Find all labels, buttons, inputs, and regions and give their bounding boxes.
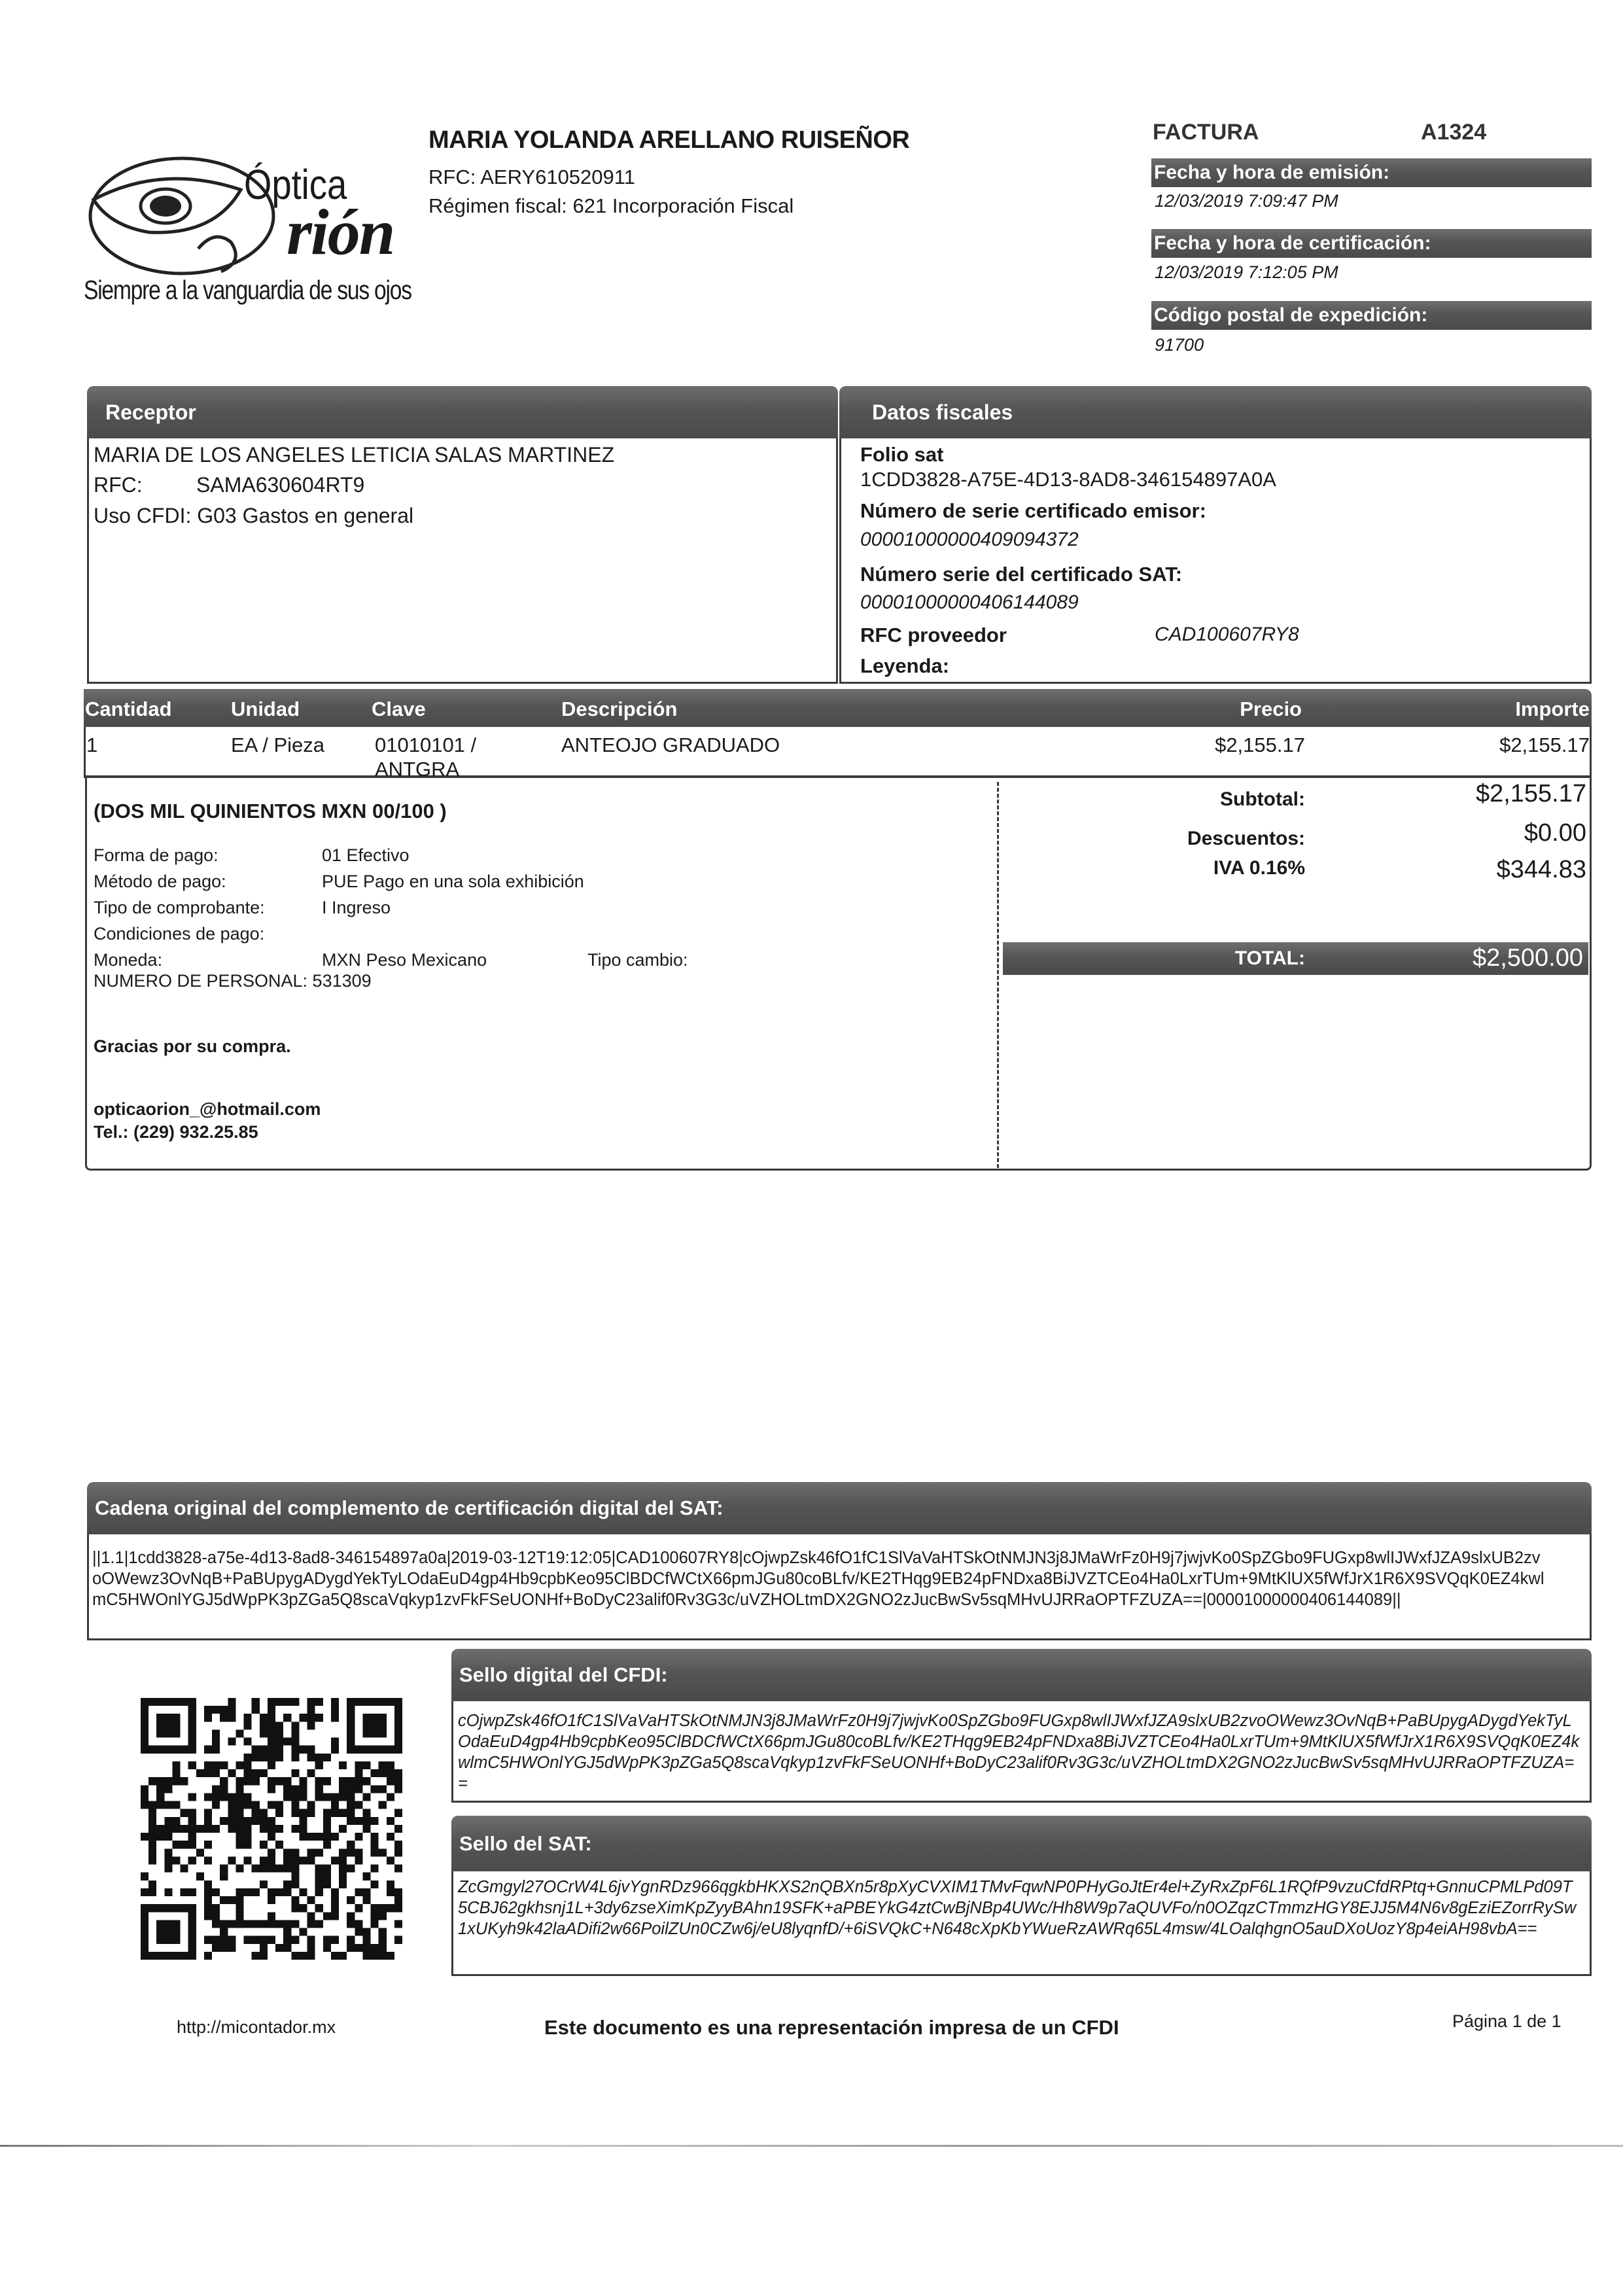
row-precio: $2,155.17 [1047,733,1305,757]
postal-code-value: 91700 [1155,335,1204,355]
items-table-header [84,689,1592,727]
row-unidad: EA / Pieza [231,733,324,757]
thank-you-note: Gracias por su compra. [94,1036,291,1057]
metodo-pago-label: Método de pago: [94,872,226,892]
receptor-rfc-label: RFC: [94,473,143,497]
postal-code-label: Código postal de expedición: [1151,301,1592,330]
col-cantidad: Cantidad [85,698,172,721]
forma-pago-label: Forma de pago: [94,845,218,866]
certification-date-value: 12/03/2019 7:12:05 PM [1155,262,1338,283]
receptor-header: Receptor [87,386,838,438]
leyenda-label: Leyenda: [860,654,949,678]
tipo-comprobante-value: I Ingreso [322,898,391,918]
row-descripcion: ANTEOJO GRADUADO [561,733,780,757]
receptor-uso-cfdi: Uso CFDI: G03 Gastos en general [94,504,413,528]
invoice-folio: A1324 [1421,120,1486,145]
contact-phone: Tel.: (229) 932.25.85 [94,1122,258,1142]
metodo-pago-value: PUE Pago en una sola exhibición [322,872,584,892]
qr-code-icon [141,1698,402,1960]
subtotal-value: $2,155.17 [1390,780,1586,808]
moneda-label: Moneda: [94,950,162,970]
row-cantidad: 1 [86,733,97,757]
amount-in-words: (DOS MIL QUINIENTOS MXN 00/100 ) [94,800,447,823]
row-clave-line1: 01010101 / [375,733,476,757]
total-label: TOTAL: [1043,947,1305,970]
numero-personal: NUMERO DE PERSONAL: 531309 [94,971,372,991]
emisor-name: MARIA YOLANDA ARELLANO RUISEÑOR [428,126,909,154]
rfc-proveedor-label: RFC proveedor [860,624,1007,647]
rfc-proveedor-value: CAD100607RY8 [1155,624,1299,646]
cadena-header: Cadena original del complemento de certi… [87,1482,1592,1534]
sello-sat-header: Sello del SAT: [451,1816,1592,1871]
row-importe: $2,155.17 [1393,733,1590,757]
contact-email: opticaorion_@hotmail.com [94,1099,321,1120]
logo-slogan: Siempre a la vanguardia de sus ojos [84,275,411,306]
descuentos-label: Descuentos: [1043,828,1305,850]
sello-sat-text: ZcGmgyl27OCrW4L6jvYgnRDz966qgkbHKXS2nQBX… [458,1877,1580,1939]
cert-emisor-label: Número de serie certificado emisor: [860,499,1206,523]
sello-cfdi-header: Sello digital del CFDI: [451,1649,1592,1701]
emission-date-label: Fecha y hora de emisión: [1151,158,1592,187]
cert-sat-label: Número serie del certificado SAT: [860,563,1182,586]
emisor-regimen: Régimen fiscal: 621 Incorporación Fiscal [428,194,794,218]
folio-sat-label: Folio sat [860,443,943,467]
cert-sat-value: 00001000000406144089 [860,592,1079,614]
total-value: $2,500.00 [1387,944,1583,972]
col-clave: Clave [372,698,426,721]
folio-sat-value: 1CDD3828-A75E-4D13-8AD8-346154897A0A [860,468,1276,491]
certification-date-label: Fecha y hora de certificación: [1151,229,1592,258]
cadena-text: ||1.1|1cdd3828-a75e-4d13-8ad8-346154897a… [92,1547,1548,1610]
col-importe: Importe [1393,698,1590,721]
col-descripcion: Descripción [561,698,677,721]
condiciones-pago-label: Condiciones de pago: [94,924,264,944]
company-logo: Óptica rión Siempre a la vanguardia de s… [84,154,424,311]
col-precio: Precio [1047,698,1302,721]
forma-pago-value: 01 Efectivo [322,845,410,866]
emission-date-value: 12/03/2019 7:09:47 PM [1155,191,1338,211]
page-number: Página 1 de 1 [1452,2011,1562,2032]
sello-cfdi-text: cOjwpZsk46fO1fC1SlVaVaHTSkOtNMJN3j8JMaWr… [458,1710,1580,1794]
logo-brand-bottom: rión [287,194,394,270]
emisor-rfc: RFC: AERY610520911 [428,166,635,189]
tipo-comprobante-label: Tipo de comprobante: [94,898,265,918]
scan-fold-line [0,2145,1623,2147]
datos-fiscales-header: Datos fiscales [839,386,1592,438]
summary-divider [997,782,999,1168]
receptor-rfc-value: SAMA630604RT9 [196,473,364,497]
tipo-cambio-label: Tipo cambio: [587,950,688,970]
iva-value: $344.83 [1390,856,1586,884]
subtotal-label: Subtotal: [1043,788,1305,811]
moneda-value: MXN Peso Mexicano [322,950,487,970]
footer-url[interactable]: http://micontador.mx [177,2017,336,2038]
cert-emisor-value: 00001000000409094372 [860,529,1079,551]
col-unidad: Unidad [231,698,300,721]
footer-legend: Este documento es una representación imp… [544,2016,1119,2040]
invoice-title: FACTURA [1153,120,1259,145]
receptor-name: MARIA DE LOS ANGELES LETICIA SALAS MARTI… [94,443,614,467]
descuentos-value: $0.00 [1390,819,1586,847]
iva-label: IVA 0.16% [1043,857,1305,879]
